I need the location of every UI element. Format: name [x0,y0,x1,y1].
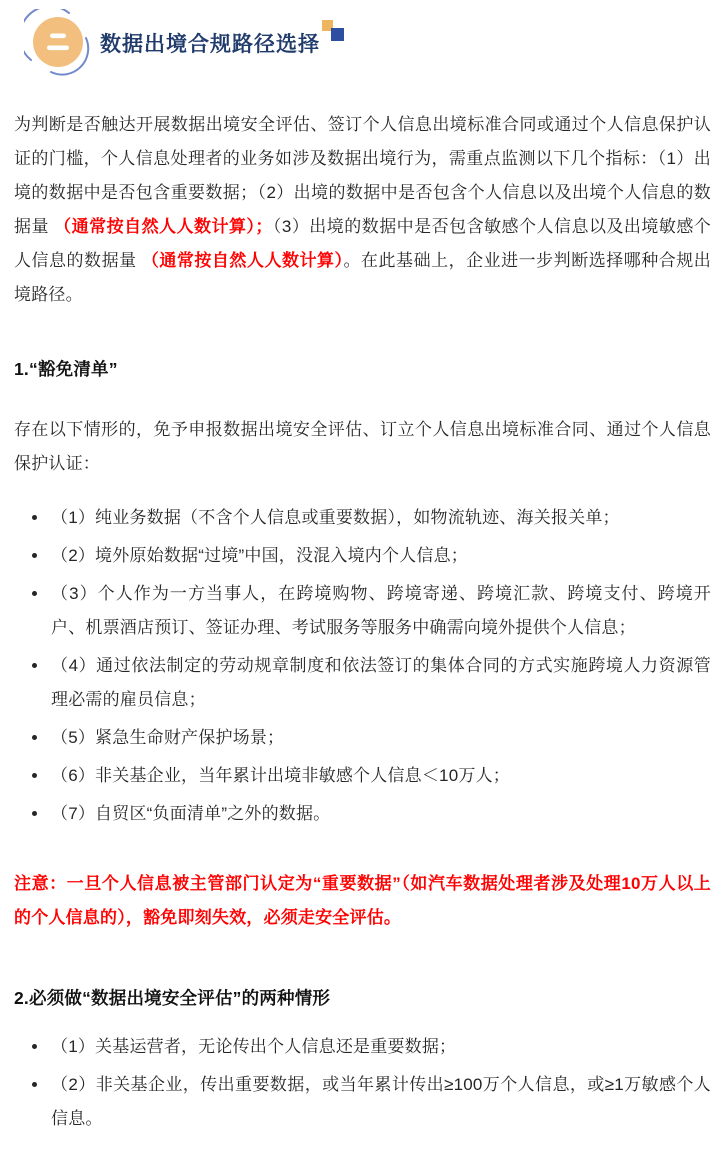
badge-glyph-bottom-stroke [47,46,69,51]
highlighted-text: （通常按自然人人数计算） [142,251,344,270]
list-item: （4）通过依法制定的劳动规章制度和依法签订的集体合同的方式实施跨境人力资源管理必… [49,649,711,717]
section-title: 数据出境合规路径选择 [100,32,320,57]
list-item: （3）个人作为一方当事人，在跨境购物、跨境寄递、跨境汇款、跨境支付、跨境开户、机… [49,577,711,645]
list-item: （2）非关基企业，传出重要数据，或当年累计传出≥100万个人信息，或≥1万敏感个… [49,1068,711,1136]
blue-square-icon [331,28,344,41]
list-item: （1）关基运营者，无论传出个人信息还是重要数据； [49,1030,711,1064]
assessment-list: （1）关基运营者，无论传出个人信息还是重要数据；（2）非关基企业，传出重要数据，… [14,1030,711,1136]
exemption-lead: 存在以下情形的，免予申报数据出境安全评估、订立个人信息出境标准合同、通过个人信息… [14,413,711,481]
intro-paragraph: 为判断是否触达开展数据出境安全评估、签订个人信息出境标准合同或通过个人信息保护认… [14,108,711,312]
badge-glyph-top-stroke [50,34,66,39]
list-item: （2）境外原始数据“过境”中国，没混入境内个人信息； [49,539,711,573]
section-number-badge [24,9,92,81]
warning-note: 注意：一旦个人信息被主管部门认定为“重要数据”（如汽车数据处理者涉及处理10万人… [14,867,711,935]
exemption-heading: 1.“豁免清单” [14,356,711,381]
list-item: （1）纯业务数据（不含个人信息或重要数据），如物流轨迹、海关报关单； [49,501,711,535]
list-item: （5）紧急生命财产保护场景； [49,721,711,755]
section-header: 数据出境合规路径选择 [14,0,711,82]
title-decoration [322,20,354,50]
badge-circle-icon [24,9,92,81]
list-item: （6）非关基企业，当年累计出境非敏感个人信息＜10万人； [49,759,711,793]
exemption-list: （1）纯业务数据（不含个人信息或重要数据），如物流轨迹、海关报关单；（2）境外原… [14,501,711,831]
highlighted-text: （通常按自然人人数计算）； [54,217,272,236]
assessment-heading: 2.必须做“数据出境安全评估”的两种情形 [14,985,711,1010]
list-item: （7）自贸区“负面清单”之外的数据。 [49,797,711,831]
article-page: 数据出境合规路径选择 为判断是否触达开展数据出境安全评估、签订个人信息出境标准合… [0,0,725,1170]
